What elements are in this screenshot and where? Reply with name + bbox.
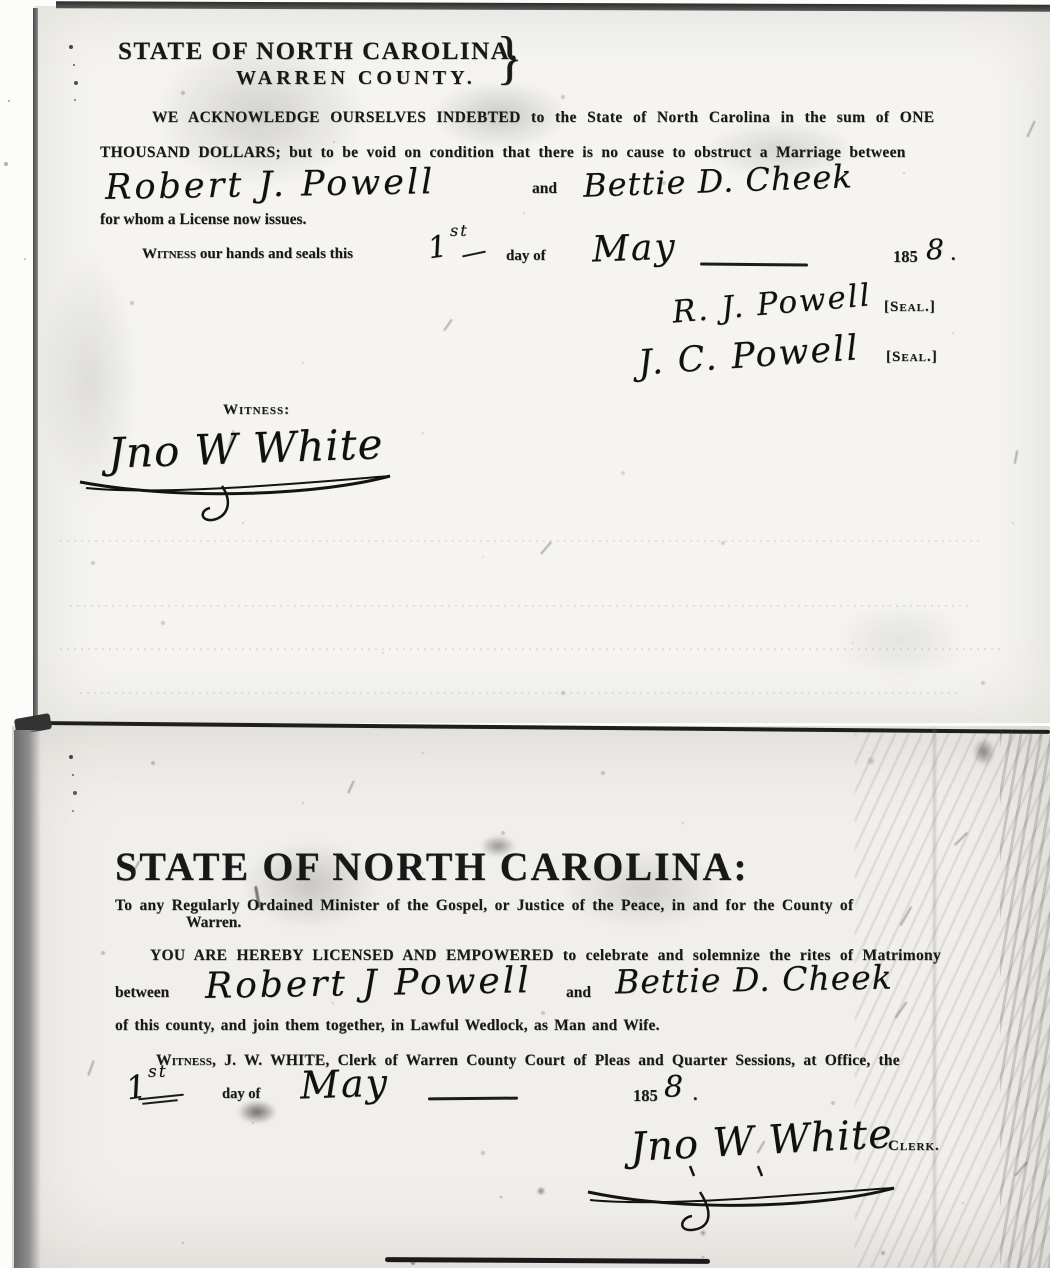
scan-artifact-line bbox=[70, 605, 970, 607]
show-through-writing bbox=[1000, 730, 1050, 1268]
stain bbox=[830, 600, 970, 680]
bond-day-of-label: day of bbox=[506, 248, 546, 265]
bond-year-handwriting: 8 bbox=[926, 233, 946, 266]
scan-artifact-line bbox=[60, 648, 1000, 650]
bond-seal-label-1: [Seal.] bbox=[884, 299, 936, 316]
bond-groom-name-handwriting: Robert J. Powell bbox=[105, 162, 436, 208]
license-year-printed: 185 bbox=[633, 1086, 658, 1106]
lower-paper-left-edge bbox=[14, 730, 41, 1268]
paper-fold-line bbox=[933, 728, 936, 1268]
bond-witness-word: Witness bbox=[142, 246, 196, 262]
license-bride-name-handwriting: Bettie D. Cheek bbox=[615, 958, 893, 1002]
bond-body-line1: WE ACKNOWLEDGE OURSELVES INDEBTED to the… bbox=[152, 109, 935, 127]
license-month-handwriting: May bbox=[299, 1060, 390, 1107]
bond-day-ordinal-handwriting: st bbox=[450, 221, 469, 240]
bond-witness-rest: our hands and seals this bbox=[196, 246, 353, 262]
speckle-noise bbox=[0, 0, 2, 2]
license-between-label: between bbox=[115, 984, 169, 1002]
scanned-marriage-record: STATE OF NORTH CAROLINA, } WARREN COUNTY… bbox=[0, 0, 1050, 1268]
signature-flourish bbox=[76, 460, 396, 530]
bond-issue-line: for whom a License now issues. bbox=[100, 211, 306, 229]
license-clerk-label: Clerk. bbox=[888, 1138, 940, 1155]
license-wedlock-line: of this county, and join them together, … bbox=[115, 1017, 660, 1035]
license-day-of-label: day of bbox=[222, 1086, 260, 1103]
license-witness-line: Witness, J. W. WHITE, Clerk of Warren Co… bbox=[156, 1052, 900, 1070]
bond-year-printed: 185 bbox=[893, 247, 918, 267]
bond-period: . bbox=[951, 244, 956, 265]
license-day-ordinal-handwriting: st bbox=[148, 1062, 168, 1082]
bond-witness-heading: Witness: bbox=[223, 402, 290, 419]
scan-artifact-line bbox=[60, 540, 980, 542]
signature-flourish bbox=[572, 1162, 922, 1242]
license-addressee-line1: To any Regularly Ordained Minister of th… bbox=[115, 897, 853, 915]
license-groom-name-handwriting: Robert J Powell bbox=[205, 960, 532, 1007]
paper-left-edge bbox=[33, 8, 38, 721]
bond-seal-label-2: [Seal.] bbox=[886, 349, 938, 366]
license-year-handwriting: 8 bbox=[664, 1070, 685, 1105]
bond-and-label: and bbox=[532, 180, 557, 198]
bond-month-handwriting: May bbox=[591, 227, 677, 271]
ink-blot bbox=[237, 1100, 277, 1124]
license-addressee-line2: Warren. bbox=[186, 914, 241, 932]
scan-artifact-line bbox=[80, 692, 960, 694]
bond-header-state: STATE OF NORTH CAROLINA, bbox=[118, 38, 518, 66]
bond-header-brace: } bbox=[496, 24, 523, 91]
license-period: . bbox=[693, 1084, 698, 1105]
bond-header-county: WARREN COUNTY. bbox=[236, 67, 476, 90]
license-and-label: and bbox=[566, 984, 591, 1002]
license-header: STATE OF NORTH CAROLINA: bbox=[115, 843, 749, 890]
bond-witness-line: Witness our hands and seals this bbox=[142, 246, 353, 263]
